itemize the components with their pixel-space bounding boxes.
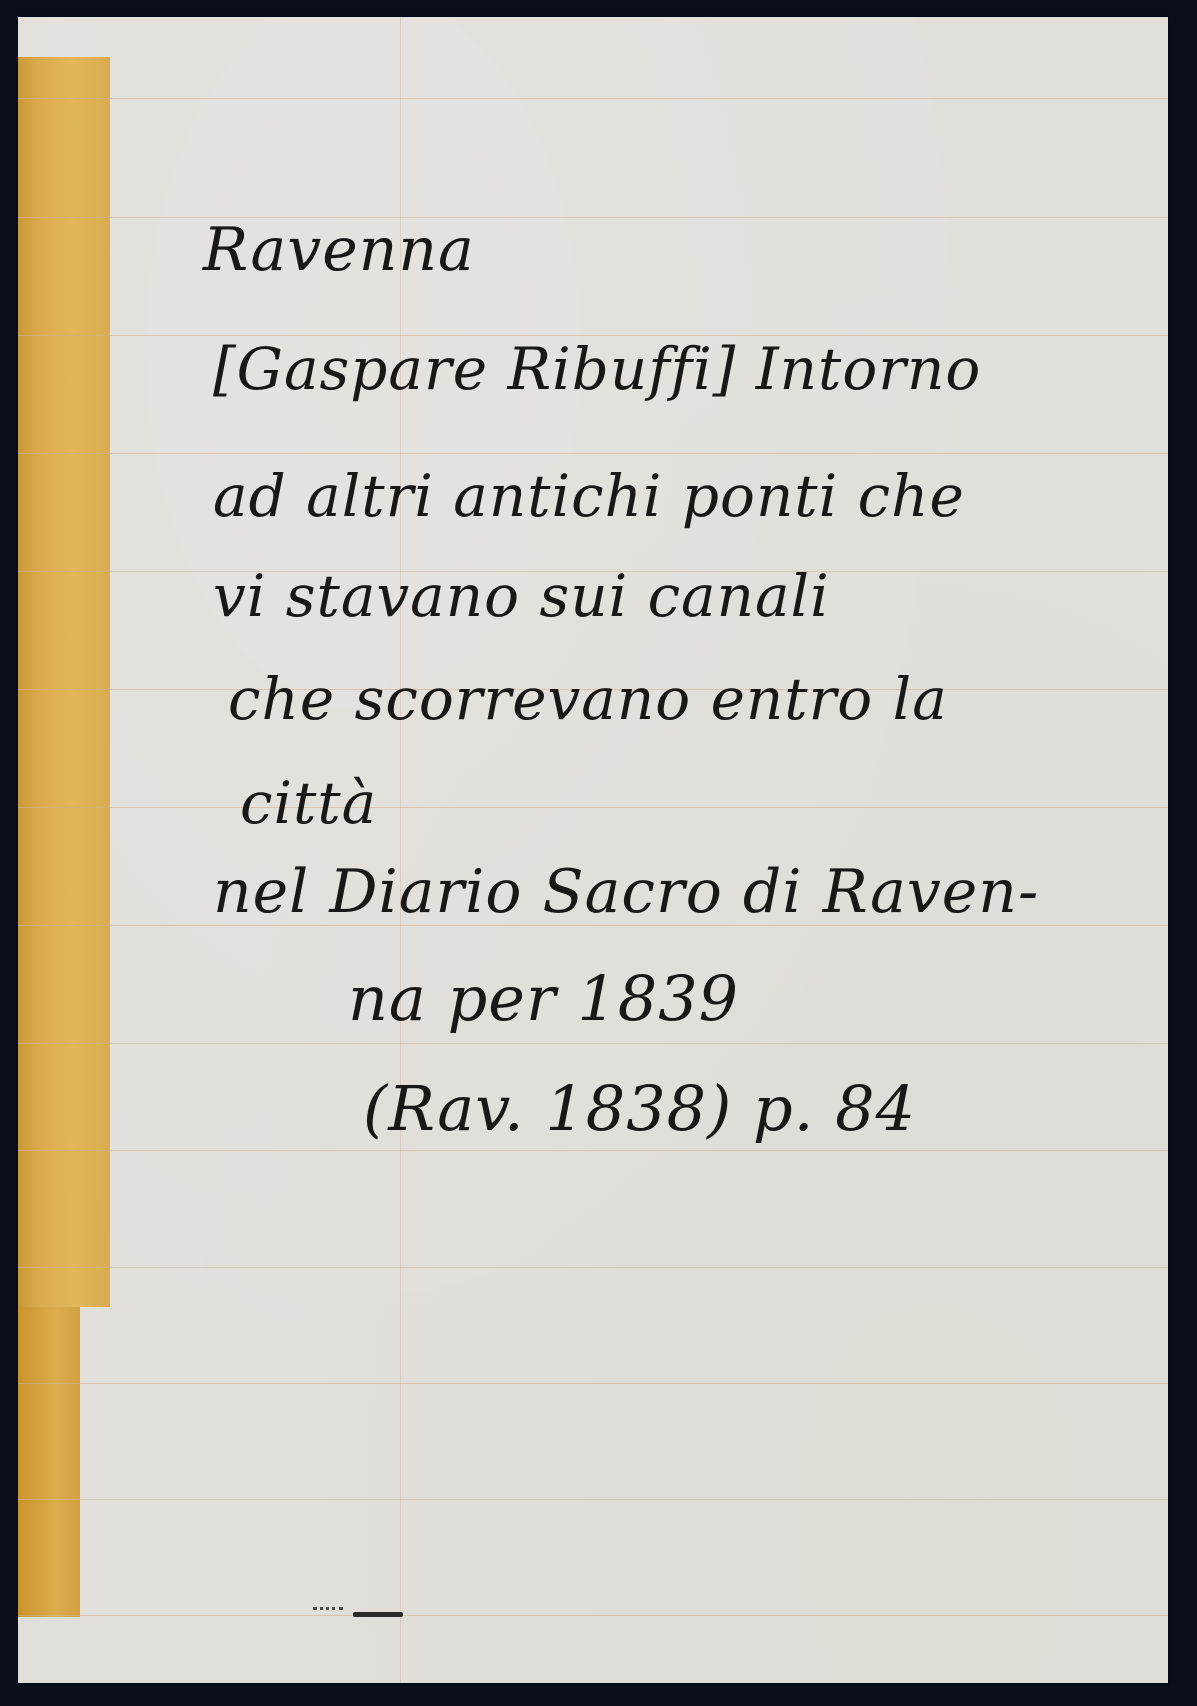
ruled-line	[18, 1150, 1168, 1151]
text-line: ad altri antichi ponti che	[213, 462, 965, 530]
text-line: città	[240, 769, 377, 837]
paper-sheet: Ravenna [Gaspare Ribuffi] Intorno ad alt…	[18, 17, 1168, 1683]
adhesive-tape-lower	[18, 1307, 80, 1617]
source-line: nel Diario Sacro di Raven-	[213, 857, 1039, 927]
ink-dash-mark	[353, 1612, 403, 1617]
ruled-line	[18, 1499, 1168, 1500]
text-line: che scorrevano entro la	[228, 665, 948, 733]
ruled-line	[18, 1615, 1168, 1616]
imprint-page-line: (Rav. 1838) p. 84	[363, 1072, 916, 1145]
ink-speck	[313, 1607, 343, 1613]
ruled-line	[18, 1043, 1168, 1044]
text-line: vi stavano sui canali	[213, 562, 830, 630]
tape-edge	[80, 1307, 110, 1617]
ruled-line	[18, 453, 1168, 454]
source-year-line: na per 1839	[348, 962, 739, 1035]
heading-place: Ravenna	[203, 215, 475, 285]
ruled-line	[18, 1267, 1168, 1268]
ruled-line	[18, 807, 1168, 808]
scan-background: Ravenna [Gaspare Ribuffi] Intorno ad alt…	[0, 0, 1197, 1706]
ruled-line	[18, 217, 1168, 218]
author-and-title-line: [Gaspare Ribuffi] Intorno	[213, 335, 981, 403]
ruled-line	[18, 98, 1168, 99]
ruled-line	[18, 1383, 1168, 1384]
